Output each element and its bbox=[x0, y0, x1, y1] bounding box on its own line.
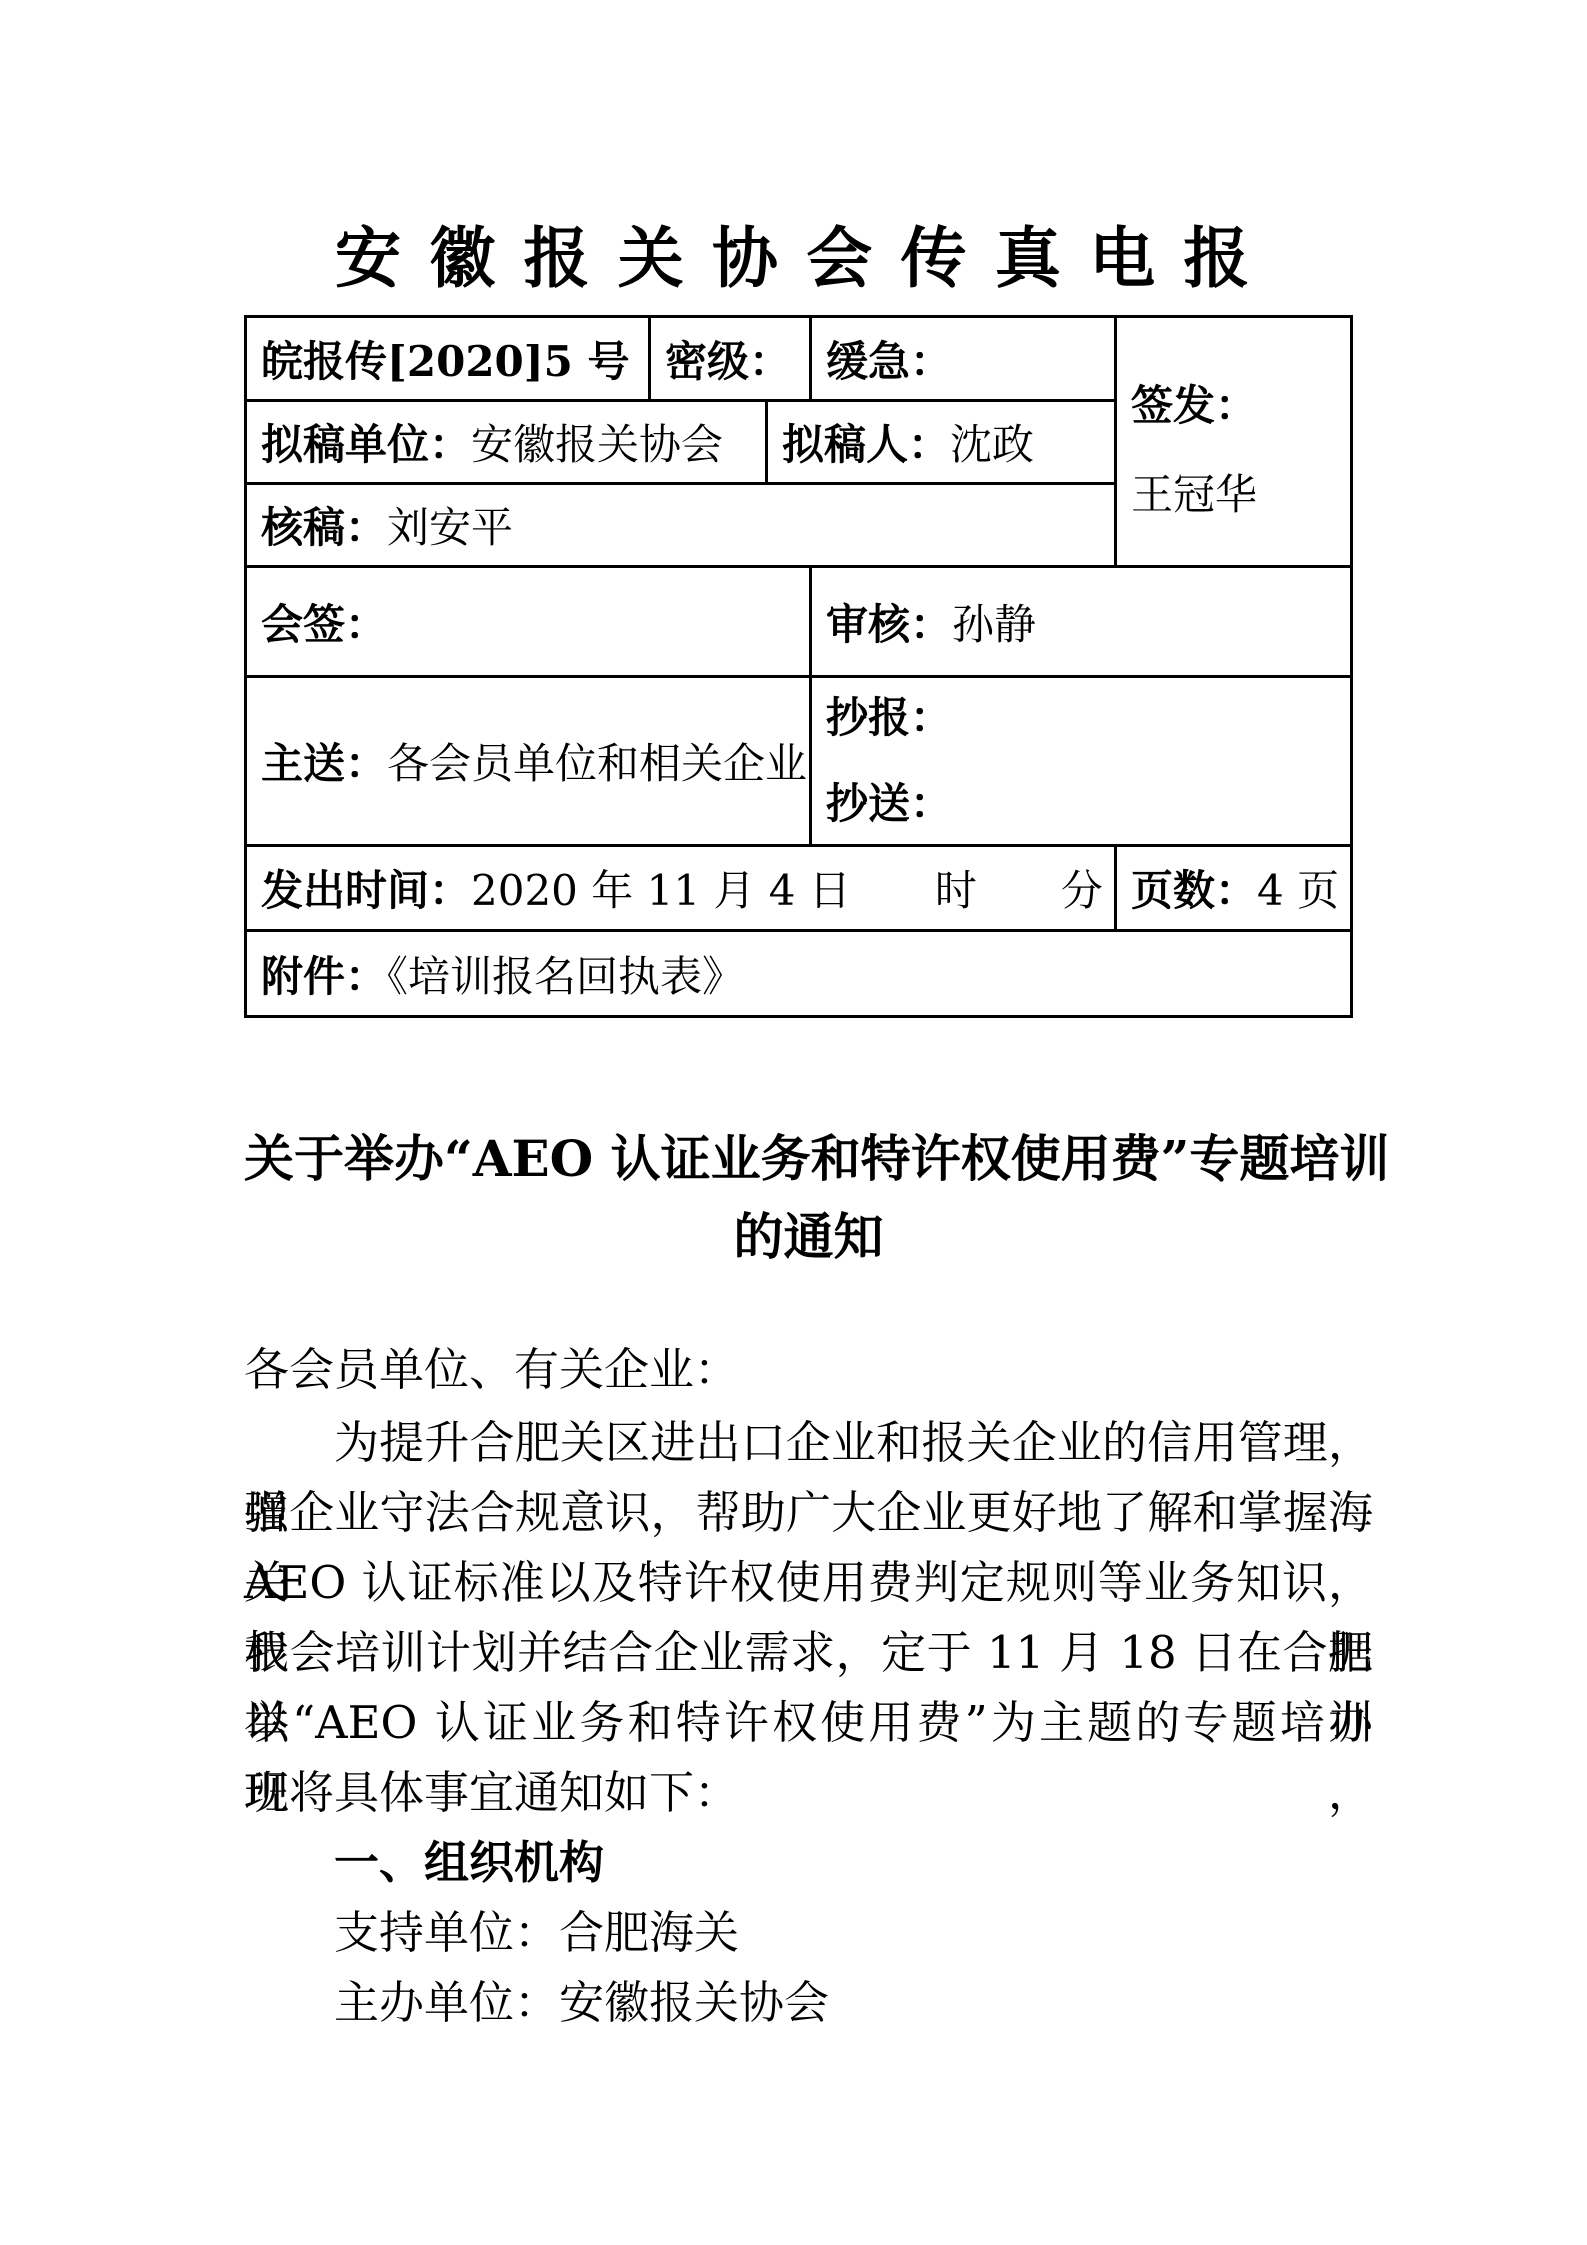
copy-send-label: 抄送： bbox=[826, 781, 1350, 827]
drafter-cell: 拟稿人：沈政 bbox=[767, 401, 1116, 484]
table-row: 会签： 审核：孙静 bbox=[246, 567, 1352, 677]
drafter-value: 沈政 bbox=[950, 420, 1034, 469]
pages-label: 页数： bbox=[1131, 866, 1257, 915]
send-time-value: 2020 年 11 月 4 日 时 分 bbox=[471, 866, 1103, 915]
attachment-value: 《培训报名回执表》 bbox=[387, 952, 744, 1001]
audit-label: 审核： bbox=[826, 600, 952, 649]
attachment-label: 附件： bbox=[261, 952, 387, 1001]
notice-title-line2: 的通知 bbox=[244, 1202, 1373, 1272]
doc-number-cell: 皖报传[2020]5 号 bbox=[246, 317, 650, 401]
main-send-cell: 主送：各会员单位和相关企业 bbox=[246, 677, 811, 846]
main-send-label: 主送： bbox=[261, 739, 387, 788]
audit-cell: 审核：孙静 bbox=[811, 567, 1352, 677]
table-row: 发出时间：2020 年 11 月 4 日 时 分 页数：4 页 bbox=[246, 846, 1352, 931]
paragraph-line: 强企业守法合规意识，帮助广大企业更好地了解和掌握海关 bbox=[244, 1478, 1373, 1548]
draft-unit-label: 拟稿单位： bbox=[261, 420, 471, 469]
issuer-value: 王冠华 bbox=[1131, 472, 1350, 518]
main-send-value: 各会员单位和相关企业 bbox=[387, 739, 807, 788]
secrecy-label: 密级： bbox=[665, 337, 791, 386]
table-row: 附件：《培训报名回执表》 bbox=[246, 931, 1352, 1017]
copy-report-label: 抄报： bbox=[826, 695, 1350, 741]
fax-document-page: 安 徽 报 关 协 会 传 真 电 报 皖报传[2020]5 号 密级： 缓急：… bbox=[0, 0, 1587, 2245]
doc-number: 皖报传[2020]5 号 bbox=[261, 337, 630, 386]
send-time-cell: 发出时间：2020 年 11 月 4 日 时 分 bbox=[246, 846, 1116, 931]
host-unit-line: 主办单位：安徽报关协会 bbox=[244, 1968, 1373, 2038]
reviewer-value: 刘安平 bbox=[387, 503, 513, 552]
issuer-cell: 签发： 王冠华 bbox=[1116, 317, 1352, 567]
secrecy-cell: 密级： bbox=[650, 317, 811, 401]
drafter-label: 拟稿人： bbox=[782, 420, 950, 469]
masthead-title: 安 徽 报 关 协 会 传 真 电 报 bbox=[0, 220, 1587, 296]
reviewer-label: 核稿： bbox=[261, 503, 387, 552]
table-row: 主送：各会员单位和相关企业 抄报： 抄送： bbox=[246, 677, 1352, 846]
notice-title-line1: 关于举办“AEO 认证业务和特许权使用费”专题培训 bbox=[244, 1124, 1373, 1194]
fax-header-table: 皖报传[2020]5 号 密级： 缓急： 签发： 王冠华 拟稿单位：安徽报关协会… bbox=[244, 315, 1353, 1018]
pages-value: 4 页 bbox=[1257, 866, 1339, 915]
salutation: 各会员单位、有关企业： bbox=[244, 1335, 1373, 1405]
section-heading-organization: 一、组织机构 bbox=[244, 1828, 1373, 1898]
urgency-label: 缓急： bbox=[826, 337, 952, 386]
countersign-cell: 会签： bbox=[246, 567, 811, 677]
paragraph-line: 我会培训计划并结合企业需求，定于 11 月 18 日在合肥举办 bbox=[244, 1618, 1373, 1688]
audit-value: 孙静 bbox=[952, 600, 1036, 649]
draft-unit-cell: 拟稿单位：安徽报关协会 bbox=[246, 401, 767, 484]
send-time-label: 发出时间： bbox=[261, 866, 471, 915]
copy-cell: 抄报： 抄送： bbox=[811, 677, 1352, 846]
pages-cell: 页数：4 页 bbox=[1116, 846, 1352, 931]
countersign-label: 会签： bbox=[261, 600, 387, 649]
table-row: 皖报传[2020]5 号 密级： 缓急： 签发： 王冠华 bbox=[246, 317, 1352, 401]
paragraph-line: 为提升合肥关区进出口企业和报关企业的信用管理，增 bbox=[244, 1408, 1373, 1478]
draft-unit-value: 安徽报关协会 bbox=[471, 420, 723, 469]
reviewer-cell: 核稿：刘安平 bbox=[246, 484, 1116, 567]
paragraph-line: 以“AEO 认证业务和特许权使用费”为主题的专题培训班， bbox=[244, 1688, 1373, 1758]
support-unit-line: 支持单位：合肥海关 bbox=[244, 1898, 1373, 1968]
paragraph-line: AEO 认证标准以及特许权使用费判定规则等业务知识，根据 bbox=[244, 1548, 1373, 1618]
urgency-cell: 缓急： bbox=[811, 317, 1116, 401]
attachment-cell: 附件：《培训报名回执表》 bbox=[246, 931, 1352, 1017]
issuer-label: 签发： bbox=[1131, 383, 1350, 429]
paragraph-line: 现将具体事宜通知如下： bbox=[244, 1758, 1373, 1828]
